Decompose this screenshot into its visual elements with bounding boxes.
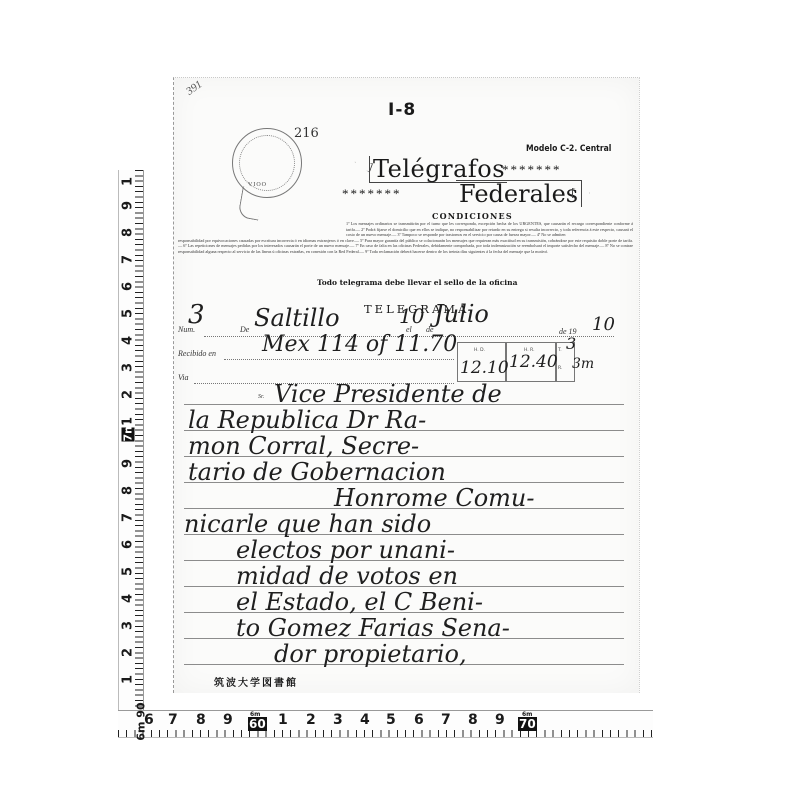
title-telegrafos: Telégrafos: [369, 156, 507, 183]
ruler-label: 6: [121, 280, 136, 294]
ruler-label: 5: [121, 307, 136, 321]
received-value: Mex 114 of 11.70: [262, 332, 457, 357]
ruler-label: 7: [121, 253, 136, 267]
message-line: Honrome Comu-: [334, 484, 534, 512]
ruler-label: 5: [121, 565, 136, 579]
telegram-sheet: 391 I-8 216 Modelo C-2. Central VIOO Tel…: [173, 77, 640, 693]
horizontal-measuring-ruler: 6m 90 6 7 8 9 6m 60 1 2 3 4 5 6 7 8 9 6m…: [118, 710, 653, 738]
ruler-label: 1: [121, 175, 136, 189]
ruler-label: 2: [121, 646, 136, 660]
ruler-label: 8: [196, 712, 206, 728]
ruler-label: 9: [121, 199, 136, 213]
message-line: midad de votos en: [236, 562, 458, 590]
ruler-label: 3: [121, 619, 136, 633]
message-line: mon Corral, Secre-: [188, 432, 419, 460]
ruler-label: 5: [386, 712, 396, 728]
ruler-ticks: [118, 730, 653, 737]
ruler-label: 6: [414, 712, 424, 728]
month-value: Julio: [434, 300, 489, 328]
message-line: Vice Presidente de: [274, 380, 502, 408]
t-label: T.: [558, 348, 562, 353]
message-line: el Estado, el C Beni-: [236, 588, 483, 616]
num-value: 3: [188, 300, 205, 330]
ruler-label: 70: [518, 717, 537, 731]
corner-annotation: 391: [184, 78, 204, 97]
field-rule: [224, 359, 454, 360]
ruler-label: 8: [121, 226, 136, 240]
r-value: 3m: [572, 356, 594, 372]
hd-value: 12.10: [460, 358, 509, 378]
day-value: 10: [399, 304, 424, 328]
ruler-label: 6: [144, 712, 154, 728]
seal-notice: Todo telegrama debe llevar el sello de l…: [317, 278, 517, 287]
form-model-label: Modelo C-2. Central: [526, 144, 611, 154]
ruler-label: 3: [121, 361, 136, 375]
ruler-label: 1: [121, 673, 136, 687]
seal-flourish: [237, 186, 263, 220]
conditions-paragraph: 1º Los mensajes ordinarios se transmitir…: [178, 221, 633, 238]
ruler-label: 8: [468, 712, 478, 728]
ruler-label: 7: [441, 712, 451, 728]
library-stamp: 筑波大学図書館: [214, 674, 298, 689]
ruler-label: 6: [121, 538, 136, 552]
ruler-label: 4: [360, 712, 370, 728]
ruler-label: 4: [121, 592, 136, 606]
t-value: 3: [566, 334, 576, 353]
ruler-label: 2: [306, 712, 316, 728]
message-line: nicarle que han sido: [184, 510, 431, 538]
ruler-label: 9: [121, 457, 136, 471]
received-label: Recibido en: [178, 349, 216, 358]
message-line: dor propietario,: [274, 640, 467, 668]
stamp-number: 216: [294, 126, 319, 141]
ruler-label: 9: [495, 712, 505, 728]
ruler-label: 7: [168, 712, 178, 728]
via-label: Via: [178, 373, 189, 382]
message-line: electos por unani-: [236, 536, 455, 564]
conditions-text: 1º Los mensajes ordinarios se transmitir…: [178, 221, 633, 255]
conditions-paragraph: responsabilidad por equivocaciones causa…: [178, 238, 633, 255]
ruler-label: 1: [278, 712, 288, 728]
ruler-label: 4: [121, 334, 136, 348]
star-ornament: *******: [342, 186, 402, 202]
ruler-label: 3: [333, 712, 343, 728]
ruler-label: 60: [248, 717, 267, 731]
de-label: De: [240, 325, 249, 334]
ruler-label: 7m: [122, 428, 135, 442]
year-value: 10: [592, 314, 615, 335]
ruler-label: 9: [223, 712, 233, 728]
vertical-measuring-ruler: 1 9 8 7 6 5 4 3 2 1 7m 9 8 7 6 5 4 3 2 1: [118, 170, 144, 715]
ruler-ticks: [135, 170, 143, 715]
hr-value: 12.40: [509, 352, 558, 372]
message-line: tario de Gobernacion: [188, 458, 446, 486]
sr-label: Sr.: [258, 394, 264, 400]
r-label: R.: [558, 366, 562, 371]
archive-number: I-8: [388, 100, 416, 120]
star-ornament: *******: [502, 162, 562, 178]
conditions-heading: CONDICIONES: [432, 211, 513, 221]
title-federales: Federales: [456, 180, 582, 207]
ruler-label: 8: [121, 484, 136, 498]
hd-label: H. D.: [474, 348, 485, 353]
message-line: to Gomez Farias Sena-: [236, 614, 510, 642]
ruler-label: 7: [121, 511, 136, 525]
origin-value: Saltillo: [254, 304, 340, 332]
message-line: la Republica Dr Ra-: [188, 406, 426, 434]
ruler-label: 2: [121, 388, 136, 402]
